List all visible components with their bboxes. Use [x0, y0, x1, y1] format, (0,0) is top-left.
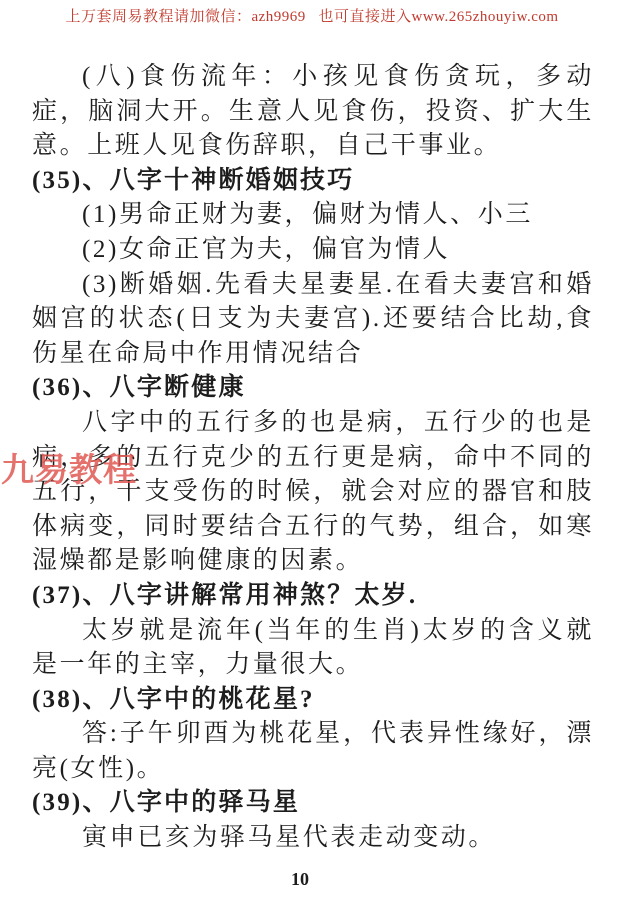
- section-heading: (35)、八字十神断婚姻技巧: [32, 164, 594, 199]
- body-paragraph: (2)女命正官为夫，偏官为情人: [32, 233, 594, 268]
- body-paragraph: 太岁就是流年(当年的生肖)太岁的含义就是一年的主宰，力量很大。: [32, 614, 594, 683]
- body-paragraph: 八字中的五行多的也是病，五行少的也是病，多的五行克少的五行更是病，命中不同的五行…: [32, 406, 594, 579]
- section-heading: (37)、八字讲解常用神煞？太岁.: [32, 579, 594, 614]
- body-paragraph: 答:子午卯酉为桃花星，代表异性缘好，漂亮(女性)。: [32, 717, 594, 786]
- page-number: 10: [0, 869, 612, 890]
- body-paragraph: (3)断婚姻.先看夫星妻星.在看夫妻宫和婚姻宫的状态(日支为夫妻宫).还要结合比…: [32, 268, 594, 372]
- body-paragraph: (1)男命正财为妻，偏财为情人、小三: [32, 198, 594, 233]
- section-heading: (38)、八字中的桃花星?: [32, 683, 594, 718]
- promo-header-text: 上万套周易教程请加微信：azh9969 也可直接进入www.265zhouyiw…: [0, 5, 624, 26]
- body-paragraph: 寅申已亥为驿马星代表走动变动。: [32, 821, 594, 856]
- section-heading: (36)、八字断健康: [32, 371, 594, 406]
- section-heading: (39)、八字中的驿马星: [32, 786, 594, 821]
- body-paragraph: (八)食伤流年：小孩见食伤贪玩，多动症，脑洞大开。生意人见食伤，投资、扩大生意。…: [32, 60, 594, 164]
- document-page: 上万套周易教程请加微信：azh9969 也可直接进入www.265zhouyiw…: [0, 0, 624, 919]
- document-body: (八)食伤流年：小孩见食伤贪玩，多动症，脑洞大开。生意人见食伤，投资、扩大生意。…: [32, 60, 594, 856]
